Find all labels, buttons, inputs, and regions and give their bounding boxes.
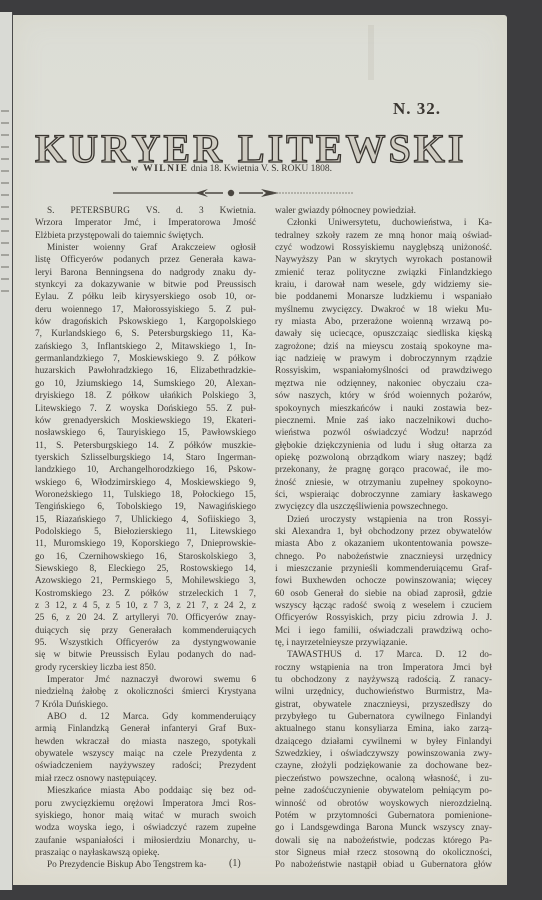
text-line: Tengińskiego 6, Tobolskiego 19, Nawagińs… [35, 501, 256, 513]
text-line: tedralney szkoły razem ze mną honor maią… [275, 230, 492, 242]
text-line: wieństwa pozwól oświadczyć Wodzu! naprzó… [275, 427, 492, 439]
text-line: praszaiąc o nayłaskawszą opiekę. [35, 847, 256, 859]
text-line: deru woiennego 17, Małorossyiskiego 5. Z… [35, 304, 256, 316]
text-line: 11, S. Petersburgskiego 14. Z półków mus… [35, 440, 256, 452]
text-line: Po nabożeństwie nastąpił obiad u Guberna… [275, 859, 492, 871]
issue-number: N. 32. [393, 99, 441, 119]
text-line: dzaiącego działami cywilnemi w byłey Fin… [275, 736, 492, 748]
text-line: wszyscy łącząc radość swoią z weselem i … [275, 600, 492, 612]
text-line: gistrat, obywatele znacznieysi, przyszed… [275, 699, 492, 711]
newspaper-page: N. 32. KURYER LITEWSKI w WILNIE dnia 18.… [13, 15, 507, 885]
text-line: wodza woyska iego, i oświadczyć razem zu… [35, 822, 256, 834]
page-folio: (1) [229, 858, 241, 869]
text-line: Azowskiego 21, Permskiego 5, Mohilewskie… [35, 575, 256, 587]
text-line: przybyłego tu Gubernatora cywilnego Finl… [275, 711, 492, 723]
text-line: dryiskiego 18. Z półkow ułańkich Polskie… [35, 390, 256, 402]
text-line: iąc nadzieię w prawym i dobroczynnym rzą… [275, 353, 492, 365]
text-line: opiekę pozwoloną obrządkom wiary naszey;… [275, 452, 492, 464]
text-line: kraiu, i darował nam wesele, gdy widziem… [275, 279, 492, 291]
text-line: go 10, Jziumskiego 14, Sumskiego 20, Ale… [35, 378, 256, 390]
text-line: hewden wkraczał do miasta naszego, spoty… [35, 736, 256, 748]
text-line: grody rycerskiey liczba iest 850. [35, 662, 256, 674]
text-line: go 16, Czernihowskiego 16, Staroskolskie… [35, 551, 256, 563]
text-line: tę, i nayrzetelnieysze przywiązanie. [275, 637, 492, 649]
text-line: Mieszkańce miasta Abo poddaiąc się bez o… [35, 785, 256, 797]
text-line: landzkiego 10, Archangelhorodzkiego 16, … [35, 464, 256, 476]
text-line: syiskiego, honor maią witać w murach swo… [35, 810, 256, 822]
text-line: TAWASTHUS d. 17 Marca. D. 12 do- [275, 649, 492, 661]
text-line: chnego. Po nabożeństwie znacznieysi urzę… [275, 551, 492, 563]
text-line: ski Alexandra 1, był obchodzony przez ob… [275, 526, 492, 538]
text-line: huzarskich Pawłohradzkiego 16, Elizabeth… [35, 365, 256, 377]
text-line: Potém w przytomności Gubernatora pomieni… [275, 810, 492, 822]
dateline: w WILNIE dnia 18. Kwietnia V. S. ROKU 18… [131, 164, 332, 174]
text-line: 95. Wszystkich Officyerów za dystyngwowa… [35, 637, 256, 649]
text-line: obywatele wszyscy maiąc na czele Prezyde… [35, 748, 256, 760]
text-line: Elżbieta przystępowali do taiemnic święt… [35, 230, 256, 242]
text-line: Naywyższy Pan w skrytych wyrokach postan… [275, 254, 492, 266]
text-line: roczny wstąpienia na tron Imperatora Jmc… [275, 662, 492, 674]
text-line: stynkcyi za dokazywanie w bitwie pod Pre… [35, 279, 256, 291]
text-line: męztwa nie odzięnney, nakoniec obyczaiu … [275, 378, 492, 390]
text-line: dowali się na nabożeństwie, podczas któr… [275, 835, 492, 847]
text-line: piecznemi. Mnie zaś iako naczelnikowi du… [275, 415, 492, 427]
text-line: tyerskich Szlisselburgskiego 14, Staro I… [35, 452, 256, 464]
text-line: wilni urzędnicy, duchowieństwo Burmistrz… [275, 686, 492, 698]
text-line: zwycięzcy dla uszczęśliwienia powszechne… [275, 501, 492, 513]
text-line: Minister woienny Graf Arakczeiew ogłosił [35, 242, 256, 254]
text-line: ków dragońskich Pskowskiego 1, Kargopols… [35, 316, 256, 328]
text-line: zańskiego 3, Inflantskiego 2, Mitawskieg… [35, 341, 256, 353]
text-line: przekonany, że pragnę gorąco pracować, i… [275, 464, 492, 476]
text-line: Siewskiego 8, Eleckiego 25, Rostowskiego… [35, 563, 256, 575]
text-line: zaufanie wspaniałości i miłosierdziu Mon… [35, 835, 256, 847]
text-line: tu obchodzony z nayżywszą radością. Z ra… [275, 674, 492, 686]
text-line: Wrzora Imperator Jmć, i Imperatorowa Jmo… [35, 217, 256, 229]
text-line: S. PETERSBURG VS. d. 3 Kwietnia. [35, 205, 256, 217]
text-line: Dzień uroczysty wstąpienia na tron Rossy… [275, 514, 492, 526]
text-line: listę Officyerów podanych przez Generała… [35, 254, 256, 266]
text-line: się w bitwie Preussisch Eylau podanych d… [35, 649, 256, 661]
text-line: Officyerów Rossyiskich, przy piciu zdrow… [275, 612, 492, 624]
text-line: 25 6, z 20 24. Z artylleryi 70. Officyer… [35, 612, 256, 624]
text-line: duiących się przy Generałach kommenderui… [35, 625, 256, 637]
ornamental-rule-icon [113, 187, 353, 199]
text-line: aktualnego stanu konsyliarza Emina, iako… [275, 723, 492, 735]
text-line: sów naszych, który w śród woiennych poża… [275, 390, 492, 402]
text-line: z 3 12, z 4 5, z 5 10, z 7 3, z 21 7, z … [35, 600, 256, 612]
text-line: pieczeństwo powszechne, ocaloną własność… [275, 773, 492, 785]
text-line: ry miasta Abo, przerażone woienną wrzawą… [275, 316, 492, 328]
text-line: Woroneżskiego 11, Tulskiego 18, Połockie… [35, 489, 256, 501]
text-line: czyć wodzowi Rossyiskiemu nayglębszą uni… [275, 242, 492, 254]
text-line: ków grenadyerskich Moskiewskiego 19, Eka… [35, 415, 256, 427]
text-line: i mieszczanie przynieśli kommenderuiącem… [275, 563, 492, 575]
text-line: fowi Buxhewden ochocze powinszowania; wi… [275, 575, 492, 587]
text-line: 11, Muromskiego 19, Koporskiego 7, Dniep… [35, 538, 256, 550]
text-line: 7, Kurlandskiego 6, S. Petersburgskiego … [35, 328, 256, 340]
text-line: winność od obrotów woyskowych nierozdzie… [275, 798, 492, 810]
text-line: zmienić teraz polityczne związki Finland… [275, 267, 492, 279]
text-line: armią Finlandzką Generał infanteryi Graf… [35, 723, 256, 735]
text-line: Imperator Jmć naznaczył dworowi swemu 6 [35, 674, 256, 686]
text-line: żność zniesie, w otrzymaniu zupełney spo… [275, 477, 492, 489]
text-line: miasta Abo z okazaniem ukontentowania po… [275, 538, 492, 550]
text-line: oświadczeniem nayżywszey radości; Prezyd… [35, 760, 256, 772]
text-line: głębokie dziękczynienia od ludu i sług o… [275, 440, 492, 452]
text-line: pełne zadośćuczynienie obywatelom pełnią… [275, 785, 492, 797]
text-line: ABO d. 12 Marca. Gdy kommenderuiący [35, 711, 256, 723]
text-line: leryi Barona Benningsena do nadgrody zna… [35, 267, 256, 279]
text-line: miał rzecz osnowy następuiącey. [35, 773, 256, 785]
text-line: stor Signeus miał rzecz stosowną do okol… [275, 847, 492, 859]
text-line: Mci i iego familii, oświadczali prawdziw… [275, 625, 492, 637]
text-line: Podolskiego 5, Biełozierskiego 11, Litew… [35, 526, 256, 538]
text-line: zagrożone; dziś na mieyscu zostaią spoko… [275, 341, 492, 353]
text-line: Członki Uniwersytetu, duchowieństwa, i K… [275, 217, 492, 229]
left-column: S. PETERSBURG VS. d. 3 Kwietnia.Wrzora I… [35, 205, 256, 872]
text-line: niedzielną żałobę z okoliczności śmierci… [35, 686, 256, 698]
text-line: wskiego 6, Włodzimirskiego 4, Moskiewski… [35, 477, 256, 489]
text-line: poru zwycięzkiemu orężowi Imperatora Jmc… [35, 798, 256, 810]
text-line: nosławskiego 6, Tauryiskiego 15, Pawłows… [35, 427, 256, 439]
text-line: go i Landsgewdinga Barona Munck wszyscy … [275, 822, 492, 834]
dateline-date: dnia 18. Kwietnia V. S. ROKU 1808. [191, 164, 332, 174]
text-line: 15, Riazańskiego 7, Uhlickiego 4, Sofiis… [35, 514, 256, 526]
text-line: Litewskiego 7. Z woyska Dońskiego 55. Z … [35, 403, 256, 415]
text-line: waler gwiazdy północney powiedział. [275, 205, 492, 217]
text-line: Szwedzkiey, i oświadczywszy powinszowani… [275, 748, 492, 760]
previous-page-edge [0, 12, 13, 890]
right-column: waler gwiazdy północney powiedział.Człon… [275, 205, 492, 872]
text-line: myślnemu zwycięzcy. Dwakroć w 18 wieku M… [275, 304, 492, 316]
text-line: ści, wspieraiąc dobroczynne zamiary łask… [275, 489, 492, 501]
text-line: 60 osob Generał do siebie na obiad zapro… [275, 588, 492, 600]
text-line: spokoynych mieszkańców i nauki zostawia … [275, 403, 492, 415]
text-line: bie poddanemi Monarsze ludzkiemu i wspan… [275, 291, 492, 303]
text-line: germanlandzkiego 7, Moskiewskiego 9. Z p… [35, 353, 256, 365]
text-line: Eylau. Z półku leib kirysyerskiego osob … [35, 291, 256, 303]
text-line: Po Prezydencie Biskup Abo Tengstrem ka- [35, 859, 256, 871]
text-line: Rossyiskim, wspaniałomyślności od prawdz… [275, 365, 492, 377]
dateline-city: w WILNIE [131, 164, 189, 174]
text-line: dawały się uciecące, opuszczaiąc siedlis… [275, 328, 492, 340]
text-line: Kostromskiego 23. Z półków strzeleckich … [35, 588, 256, 600]
text-line: 7 Króla Duńskiego. [35, 699, 256, 711]
text-line: czayne, złożyli podziękowanie za dochowa… [275, 760, 492, 772]
